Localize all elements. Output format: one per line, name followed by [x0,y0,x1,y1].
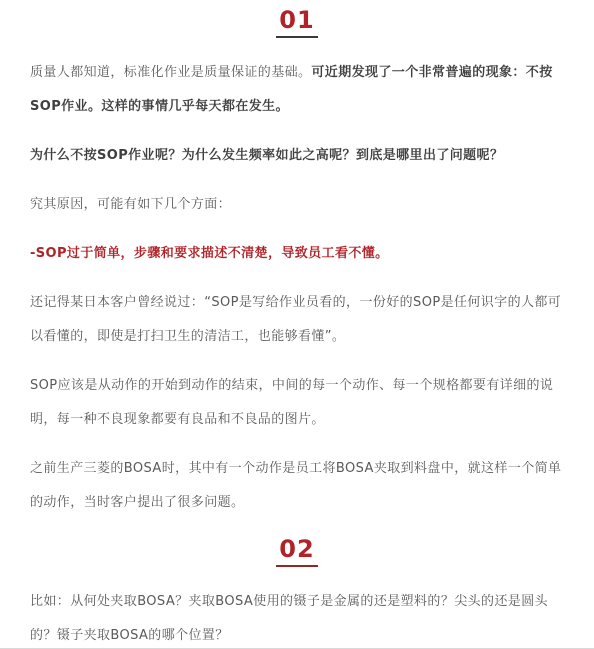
section-heading-01: 01 [30,6,564,38]
paragraph-text: 质量人都知道，标准化作业是质量保证的基础。 [30,65,311,80]
section-number-01: 01 [276,6,317,38]
paragraph-text: 还记得某日本客户曾经说过：“SOP是写给作业员看的，一份好的SOP是任何识字的人… [30,295,561,344]
article-page: 01 质量人都知道，标准化作业是质量保证的基础。可近期发现了一个非常普遍的现象：… [0,0,594,649]
paragraph-sop-definition: SOP应该是从动作的开始到动作的结束，中间的每一个动作、每一个规格都要有详细的说… [30,369,564,437]
section-heading-02: 02 [30,535,564,567]
paragraph-text: 究其原因，可能有如下几个方面： [30,197,231,212]
paragraph-customer-quote: 还记得某日本客户曾经说过：“SOP是写给作业员看的，一份好的SOP是任何识字的人… [30,286,564,354]
paragraph-intro: 质量人都知道，标准化作业是质量保证的基础。可近期发现了一个非常普遍的现象：不按S… [30,56,564,124]
paragraph-text: 比如：从何处夹取BOSA？夹取BOSA使用的镊子是金属的还是塑料的？尖头的还是圆… [30,594,548,643]
paragraph-bosa-example: 之前生产三菱的BOSA时，其中有一个动作是员工将BOSA夹取到料盘中，就这样一个… [30,452,564,520]
paragraph-text: 之前生产三菱的BOSA时，其中有一个动作是员工将BOSA夹取到料盘中，就这样一个… [30,461,561,510]
paragraph-reason-highlight: -SOP过于简单，步骤和要求描述不清楚，导致员工看不懂。 [30,237,564,271]
paragraph-text-red: -SOP过于简单，步骤和要求描述不清楚，导致员工看不懂。 [30,246,389,261]
paragraph-question: 为什么不按SOP作业呢？为什么发生频率如此之高呢？到底是哪里出了问题呢？ [30,139,564,173]
paragraph-text: SOP应该是从动作的开始到动作的结束，中间的每一个动作、每一个规格都要有详细的说… [30,378,553,427]
paragraph-reason-lead: 究其原因，可能有如下几个方面： [30,188,564,222]
paragraph-bosa-questions: 比如：从何处夹取BOSA？夹取BOSA使用的镊子是金属的还是塑料的？尖头的还是圆… [30,585,564,649]
section-number-02: 02 [276,535,317,567]
paragraph-text-emphasis: 为什么不按SOP作业呢？为什么发生频率如此之高呢？到底是哪里出了问题呢？ [30,148,503,163]
